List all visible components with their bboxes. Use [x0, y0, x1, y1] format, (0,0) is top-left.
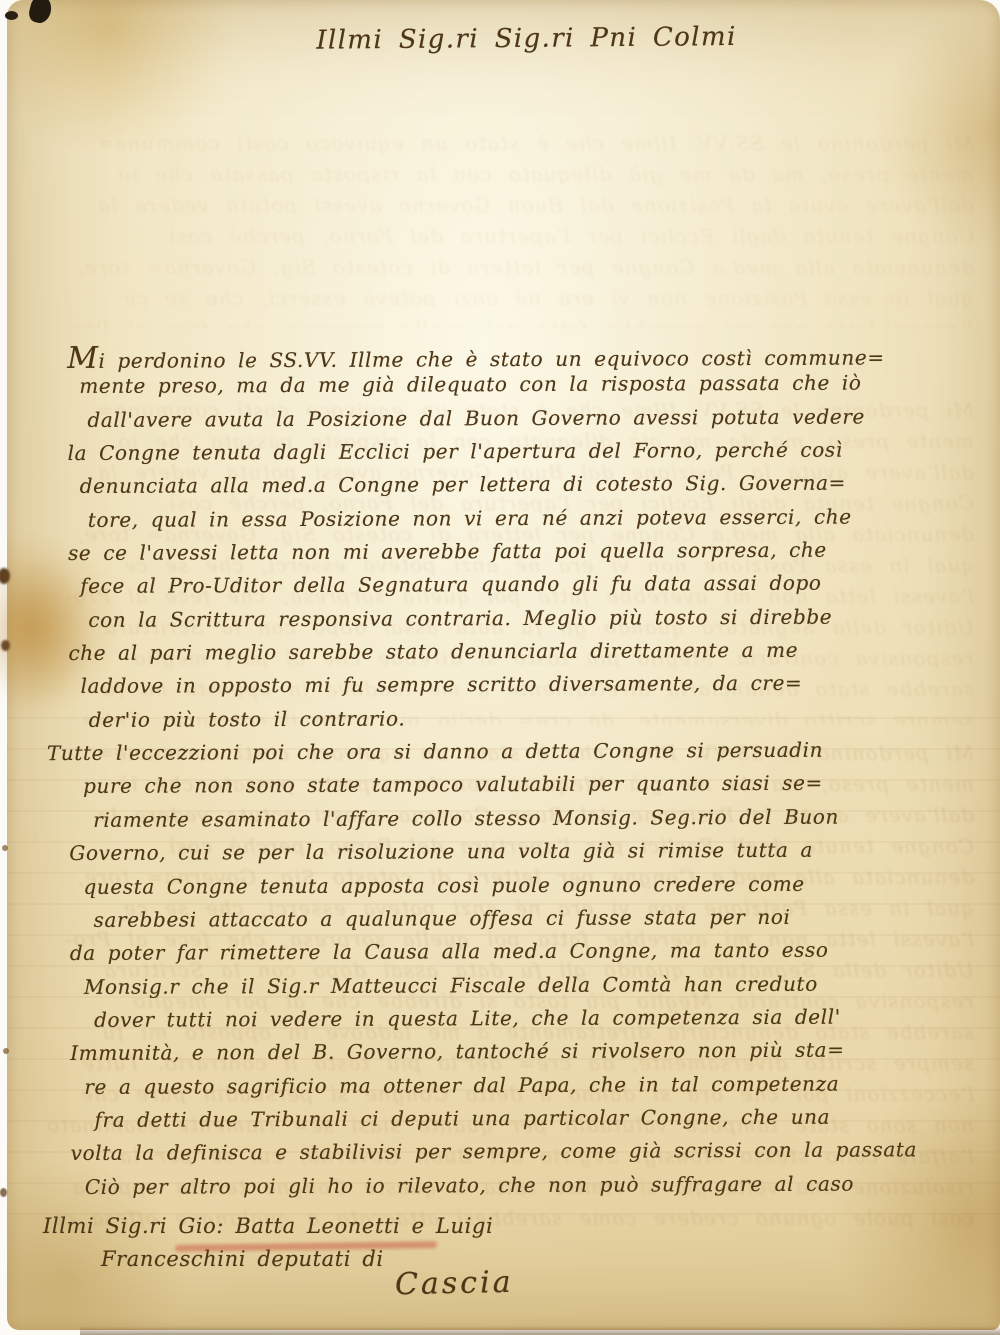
place-name: Cascia: [395, 1265, 514, 1302]
manuscript-line: Monsig.r che il Sig.r Matteucci Fiscale …: [70, 971, 979, 1008]
manuscript-line: riamente esaminato l'affare collo stesso…: [69, 804, 978, 841]
manuscript-line: sarebbesi attaccato a qualunque offesa c…: [70, 904, 979, 941]
manuscript-line: tore, qual in essa Posizione non vi era …: [68, 504, 977, 541]
address-line: Illmi Sig.ri Gio: Batta Leonetti e Luigi: [43, 1214, 493, 1247]
paragraph-1: Mi perdonino le SS.VV. Illme che è stato…: [67, 337, 978, 741]
manuscript-line: Immunità, e non del B. Governo, tantoché…: [70, 1037, 979, 1074]
manuscript-line: dall'avere avuta la Posizione dal Buon G…: [67, 404, 976, 441]
paragraph-2: Tutte l'eccezzioni poi che ora si danno …: [69, 737, 980, 1208]
manuscript-line: volta la definisca e stabilivisi per sem…: [71, 1137, 980, 1174]
manuscript-line: la Congne tenuta dagli Ecclici per l'ape…: [68, 437, 977, 474]
manuscript-line: con la Scrittura responsiva contraria. M…: [68, 604, 977, 641]
letter-body: Mi perdonino le SS.VV. Illme che è stato…: [67, 337, 980, 1208]
manuscript-line: dover tutti noi vedere in questa Lite, c…: [70, 1004, 979, 1041]
letter-content: Illmi Sig.ri Sig.ri Pni Colmi Mi perdoni…: [7, 0, 1000, 1330]
manuscript-line: Mi perdonino le SS.VV. Illme che è stato…: [67, 337, 976, 374]
manuscript-line: fece al Pro-Uditor della Segnatura quand…: [68, 570, 977, 607]
manuscript-line: che al pari meglio sarebbe stato denunci…: [68, 637, 977, 674]
manuscript-line: laddove in opposto mi fu sempre scritto …: [69, 670, 978, 707]
salutation-line: Illmi Sig.ri Sig.ri Pni Colmi: [7, 20, 1000, 59]
scanned-letter-page: Mi perdonino le SS.VV. Illme che è stato…: [0, 0, 1000, 1335]
letter-paper: Mi perdonino le SS.VV. Illme che è stato…: [7, 0, 1000, 1330]
manuscript-line: da poter far rimettere la Causa alla med…: [70, 937, 979, 974]
manuscript-line: mente preso, ma da me già dilequato con …: [67, 370, 976, 407]
manuscript-line: se ce l'avessi letta non mi averebbe fat…: [68, 537, 977, 574]
manuscript-line: Governo, cui se per la risoluzione una v…: [69, 837, 978, 874]
manuscript-line: denunciata alla med.a Congne per lettera…: [68, 470, 977, 507]
manuscript-line: Tutte l'eccezzioni poi che ora si danno …: [47, 737, 978, 774]
manuscript-line: der'io più tosto il contrario.: [69, 704, 978, 741]
manuscript-line: Ciò per altro poi gli ho io rilevato, ch…: [71, 1171, 980, 1208]
manuscript-line: pure che non sono state tampoco valutabi…: [69, 770, 978, 807]
manuscript-line: re a questo sagrificio ma ottener dal Pa…: [70, 1071, 979, 1108]
manuscript-line: fra detti due Tribunali ci deputi una pa…: [70, 1104, 979, 1141]
scan-speck: [0, 1188, 7, 1197]
manuscript-line: questa Congne tenuta apposta così puole …: [69, 871, 978, 908]
